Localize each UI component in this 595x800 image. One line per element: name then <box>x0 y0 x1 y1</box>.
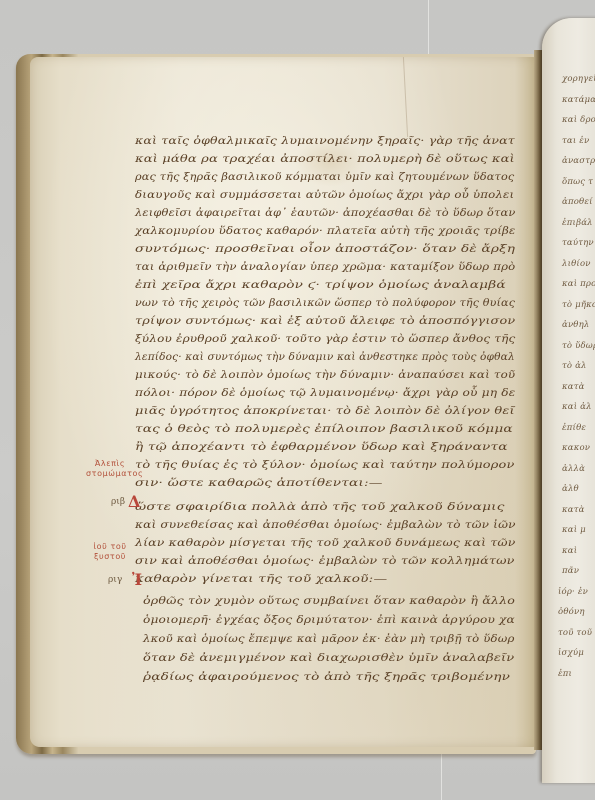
right-page-line: ἐπιβάλ <box>562 218 593 228</box>
manuscript-line: καὶ ταῖς ὀφθαλμικαῖς λυμαινομένην ξηραῖς… <box>135 135 515 147</box>
right-page: χορηγεῖκατάμασκαὶ δρομται ἐνἀναστρεὅπως … <box>542 18 595 783</box>
manuscript-line: ρας τῆς ξηρᾶς βασιλικοῦ κόμμαται ὑμῖν κα… <box>135 171 514 183</box>
manuscript-line: τας ὁ θεὸς τὸ πολυμερὲς ἐπίλοιπον βασιλι… <box>135 423 513 435</box>
manuscript-line: καὶ μάθα ρα τραχέαι ἀποστίλει· πολυμερὴ … <box>135 153 515 165</box>
right-page-line: καὶ ἀλ <box>562 402 592 412</box>
right-page-line: κατὰ <box>562 382 585 392</box>
manuscript-line: λεπίδος· καὶ συντόμως τὴν δύναμιν καὶ ἀν… <box>135 351 515 363</box>
right-page-line: ἐπίθε <box>562 423 586 433</box>
right-page-line: ἀλθ <box>562 484 579 494</box>
right-page-line: ἐπι <box>558 669 572 679</box>
manuscript-line: λκοῦ καὶ ὁμοίως ἔπεμψε καὶ μᾶρον ἐκ· ἐὰν… <box>143 633 515 645</box>
manuscript-line: πόλοι· πόρον δὲ ὁμοίως τῷ λυμαινομένῳ· ἄ… <box>135 387 516 399</box>
manuscript-line: σιν· ὥστε καθαρῶς ἀποτίθενται:— <box>135 477 383 489</box>
manuscript-line: μικούς· τὸ δὲ λοιπὸν ὁμοίως τὴν δύναμιν·… <box>135 369 515 381</box>
margin-rubric-title-2: ἰοῦ τοῦ ξυστοῦ <box>86 542 134 562</box>
right-page-line: καὶ <box>562 546 577 556</box>
right-page-line: ἀλλὰ <box>562 464 585 474</box>
manuscript-line: ὁμοιομερῆ· ἐγχέας ὄξος δριμύτατον· ἐπὶ κ… <box>143 614 515 626</box>
manuscript-line: ὀρθῶς τὸν χυμὸν οὕτως συμβαίνει ὅταν καθ… <box>143 595 515 607</box>
right-page-line: ἰόρ· ἐν <box>558 587 588 597</box>
right-page-line: κατὰ <box>562 505 585 515</box>
right-page-line: καὶ μ <box>562 525 586 535</box>
manuscript-line: καθαρὸν γίνεται τῆς τοῦ χαλκοῦ:— <box>135 573 387 585</box>
right-page-line: ἀναστρε <box>562 156 595 166</box>
right-page-line: ὅπως τ <box>562 177 593 187</box>
right-page-line: κατάμασ <box>562 95 595 105</box>
manuscript-line: ται ἀριθμεῖν τὴν ἀναλογίαν ὑπερ χρῶμα· κ… <box>135 261 515 273</box>
right-page-line: ἰσχύμ <box>558 648 584 658</box>
manuscript-line: λειφθεῖσι ἀφαιρεῖται ἀφ᾽ ἑαυτῶν· ἀποχέασ… <box>135 207 515 219</box>
manuscript-line: ἢ τῷ ἀποχέαντι τὸ ἐφθαρμένον ὕδωρ καὶ ξη… <box>135 441 508 453</box>
margin-rubric-title-1: Ἀλεπὶς στομώματος <box>86 459 134 479</box>
right-page-line: ἀνθηλ <box>562 320 590 330</box>
chapter-number-2: ριγ <box>108 575 122 585</box>
book-support-wire <box>428 0 429 60</box>
manuscript-line: μιᾶς ὑγρότητος ἀποκρίνεται· τὸ δὲ λοιπὸν… <box>135 405 515 417</box>
right-page-line: λιθίον <box>562 259 591 269</box>
manuscript-line: χαλκομυρίου ὕδατος καθαρόν· πλατεῖα αὐτὴ… <box>135 225 516 237</box>
right-page-line: πᾶν <box>562 566 579 576</box>
manuscript-line: συντόμως· προσθεῖναι οἷον ἀποστάζον· ὅτα… <box>135 243 515 255</box>
manuscript-line: λίαν καθαρὸν μίσγεται τῆς τοῦ χαλκοῦ δυν… <box>135 537 516 549</box>
manuscript-line: ξύλου ἐρυθροῦ χαλκοῦ· τοῦτο γὰρ ἐστιν τὸ… <box>135 333 515 345</box>
right-page-line: τὸ ὕδωρ <box>562 341 595 351</box>
manuscript-line: ὅταν δὲ ἀνεμιγμένον καὶ διαχωρισθὲν ὑμῖν… <box>143 652 514 664</box>
right-page-line: τὸ ἀλ <box>562 361 587 371</box>
right-page-line: τὸ μῆκος <box>562 300 595 310</box>
manuscript-line: σιν καὶ ἀποθέσθαι ὁμοίως· ἐμβαλὼν τὸ τῶν… <box>135 555 515 567</box>
manuscript-line: νων τὸ τῆς χειρὸς τῶν βασιλικῶν ὥσπερ τὸ… <box>135 297 515 309</box>
right-page-line: ταύτην <box>562 238 594 248</box>
manuscript-line: διαυγοῦς καὶ συμμάσσεται αὐτῶν ὁμοίως ἄχ… <box>135 189 514 201</box>
manuscript-line: τρίψον συντόμως· καὶ ἐξ αὐτοῦ ἄλειφε τὸ … <box>135 315 515 327</box>
manuscript-line: ὥστε σφαιρίδια πολλὰ ἀπὸ τῆς τοῦ χαλκοῦ … <box>135 501 505 513</box>
right-page-line: τοῦ τοῦ <box>558 628 592 638</box>
manuscript-line: ῥᾳδίως ἀφαιρούμενος τὸ ἀπὸ τῆς ξηρᾶς τρι… <box>143 671 510 683</box>
right-page-line: καὶ προσ <box>562 279 595 289</box>
right-page-line: κακον <box>562 443 590 453</box>
manuscript-line: ἐπὶ χεῖρα ἄχρι καθαρὸν ϛ· τρίψον ὁμοίως … <box>135 279 506 291</box>
manuscript-line: τὸ τῆς θυίας ἐς τὸ ξύλον· ὁμοίως καὶ ταύ… <box>135 459 515 471</box>
decorated-initial-2: Ἰ <box>132 570 142 589</box>
right-page-line: χορηγεῖ <box>562 74 595 84</box>
decorated-initial-1: Δ <box>128 492 140 511</box>
right-page-line: ἀποθεί <box>562 197 593 207</box>
right-page-line: καὶ δρομ <box>562 115 595 125</box>
right-page-line: ται ἐν <box>562 136 589 146</box>
chapter-number-1: ριβ <box>111 497 125 507</box>
right-page-line: ὀθόνη <box>558 607 585 617</box>
manuscript-line: καὶ συνεθείσας καὶ ἀποθέσθαι ὁμοίως· ἐμβ… <box>135 519 516 531</box>
